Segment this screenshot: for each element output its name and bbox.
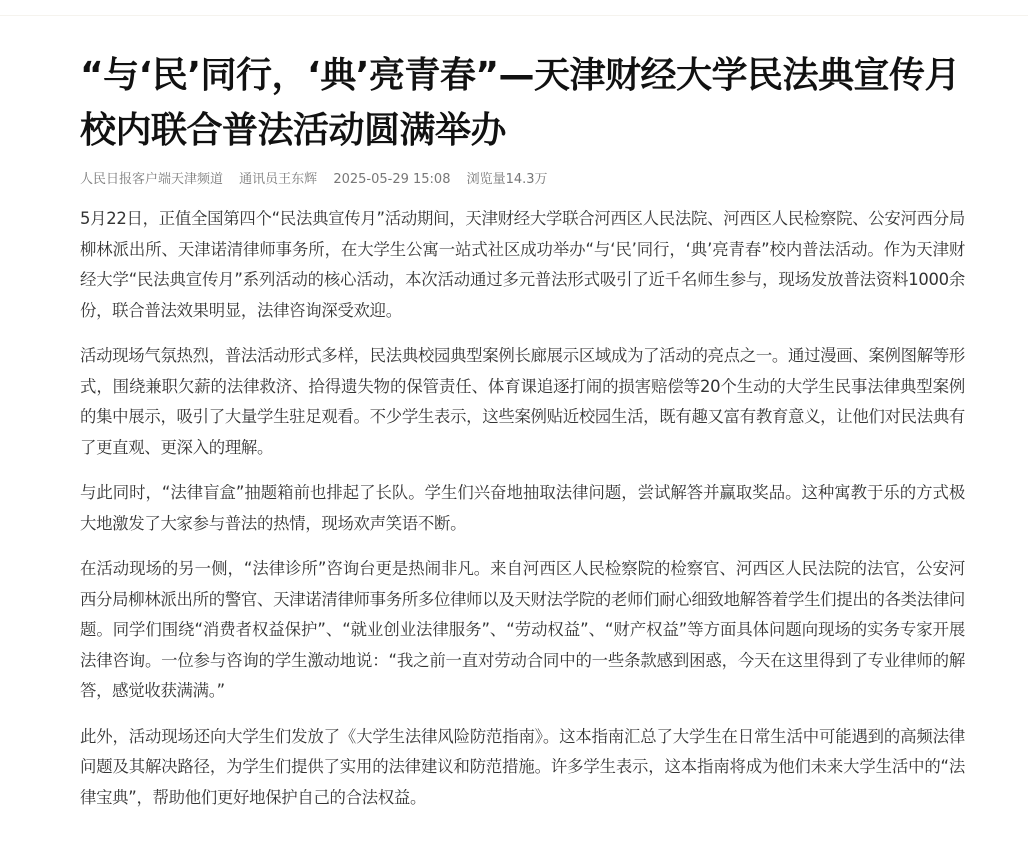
- paragraph-2: 活动现场气氛热烈，普法活动形式多样，民法典校园典型案例长廊展示区域成为了活动的亮…: [80, 341, 965, 463]
- article-meta: 人民日报客户端天津频道 通讯员王东辉 2025-05-29 15:08 浏览量1…: [80, 170, 965, 190]
- paragraph-3: 与此同时，“法律盲盒”抽题箱前也排起了长队。学生们兴奋地抽取法律问题，尝试解答并…: [80, 478, 965, 539]
- article-title: “与‘民’同行，‘典’亮青春”—天津财经大学民法典宣传月校内联合普法活动圆满举办: [80, 48, 965, 158]
- article-body: 5月22日，正值全国第四个“民法典宣传月”活动期间，天津财经大学联合河西区人民法…: [80, 204, 965, 813]
- article-source[interactable]: 人民日报客户端天津频道: [80, 172, 223, 187]
- paragraph-4: 在活动现场的另一侧，“法律诊所”咨询台更是热闹非凡。来自河西区人民检察院的检察官…: [80, 554, 965, 707]
- top-divider: [0, 15, 1028, 16]
- article-datetime: 2025-05-29 15:08: [333, 172, 450, 187]
- article-views: 浏览量14.3万: [467, 172, 548, 187]
- news-article: “与‘民’同行，‘典’亮青春”—天津财经大学民法典宣传月校内联合普法活动圆满举办…: [80, 48, 965, 828]
- paragraph-1: 5月22日，正值全国第四个“民法典宣传月”活动期间，天津财经大学联合河西区人民法…: [80, 204, 965, 326]
- paragraph-5: 此外，活动现场还向大学生们发放了《大学生法律风险防范指南》。这本指南汇总了大学生…: [80, 722, 965, 814]
- article-reporter: 通讯员王东辉: [239, 172, 317, 187]
